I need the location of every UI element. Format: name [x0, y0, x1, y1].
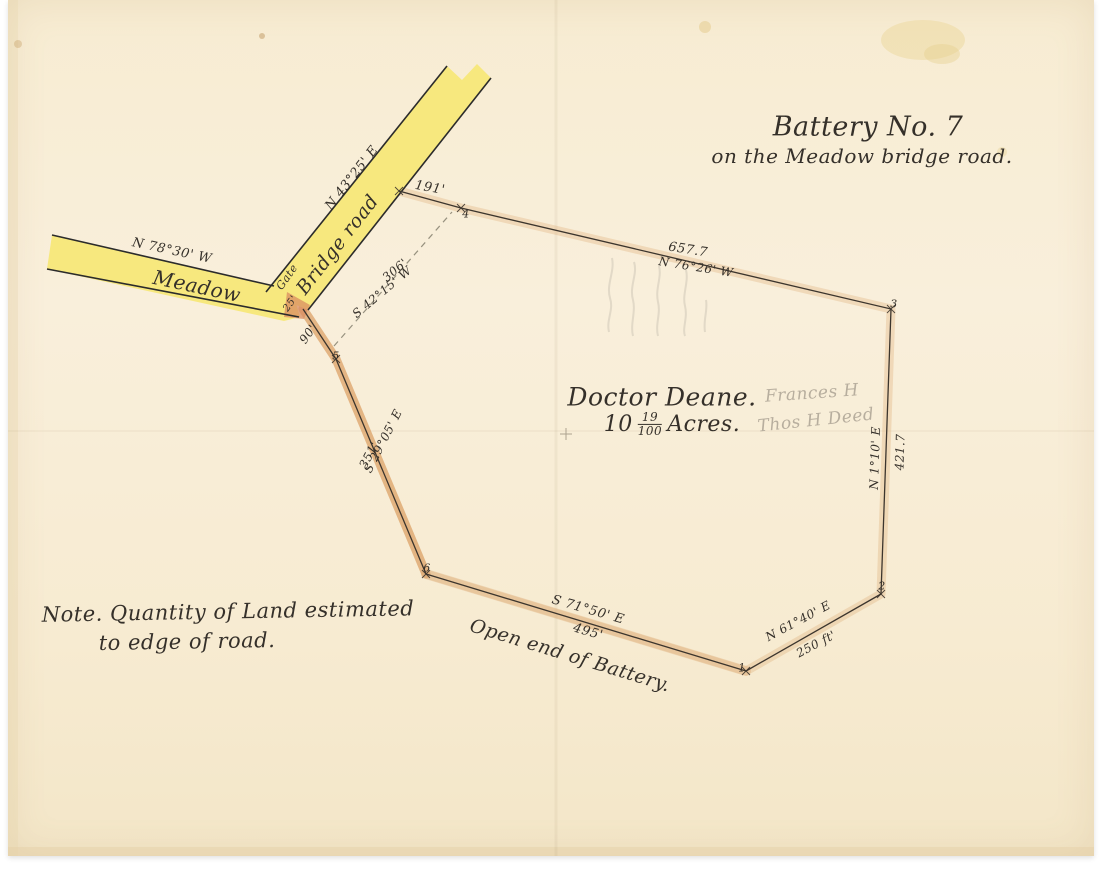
acreage-unit: Acres.: [667, 414, 740, 436]
vertex-label-5: 5: [332, 351, 340, 362]
stain-top-right-inner: [924, 44, 960, 64]
speck-left-edge: [14, 40, 22, 48]
stain-top-middle: [699, 21, 711, 33]
vertex-label-1: 1: [738, 663, 746, 674]
west-boundary-wash: [303, 309, 426, 574]
course-421-distance: 421.7: [893, 433, 906, 470]
map-title: Battery No. 7: [773, 114, 964, 141]
survey-paper-sheet: Battery No. 7 on the Meadow bridge road.…: [8, 0, 1094, 856]
map-subtitle: on the Meadow bridge road.: [711, 146, 1012, 166]
acreage-fraction-denominator: 100: [638, 425, 662, 438]
vertex-label-4: 4: [462, 209, 470, 220]
paper-bottom-edge-shade: [8, 847, 1094, 856]
vertex-label-2: 2: [878, 581, 886, 592]
fold-center-cross-mark: [560, 428, 572, 440]
paper-left-edge-shade: [8, 0, 18, 856]
course-421-bearing: N 1°10' E: [868, 426, 882, 490]
acreage-whole: 10: [604, 414, 633, 436]
vertex-label-3: 3: [890, 299, 898, 310]
note-line2: to edge of road.: [99, 630, 276, 654]
vertex-label-6: 6: [423, 563, 431, 574]
acreage-fraction: 19100: [638, 411, 662, 437]
parcel-owner-name: Doctor Deane.: [567, 385, 756, 410]
parcel-acreage: 1019100Acres.: [604, 412, 740, 438]
speck-top-left: [259, 33, 265, 39]
acreage-fraction-numerator: 19: [638, 411, 662, 425]
